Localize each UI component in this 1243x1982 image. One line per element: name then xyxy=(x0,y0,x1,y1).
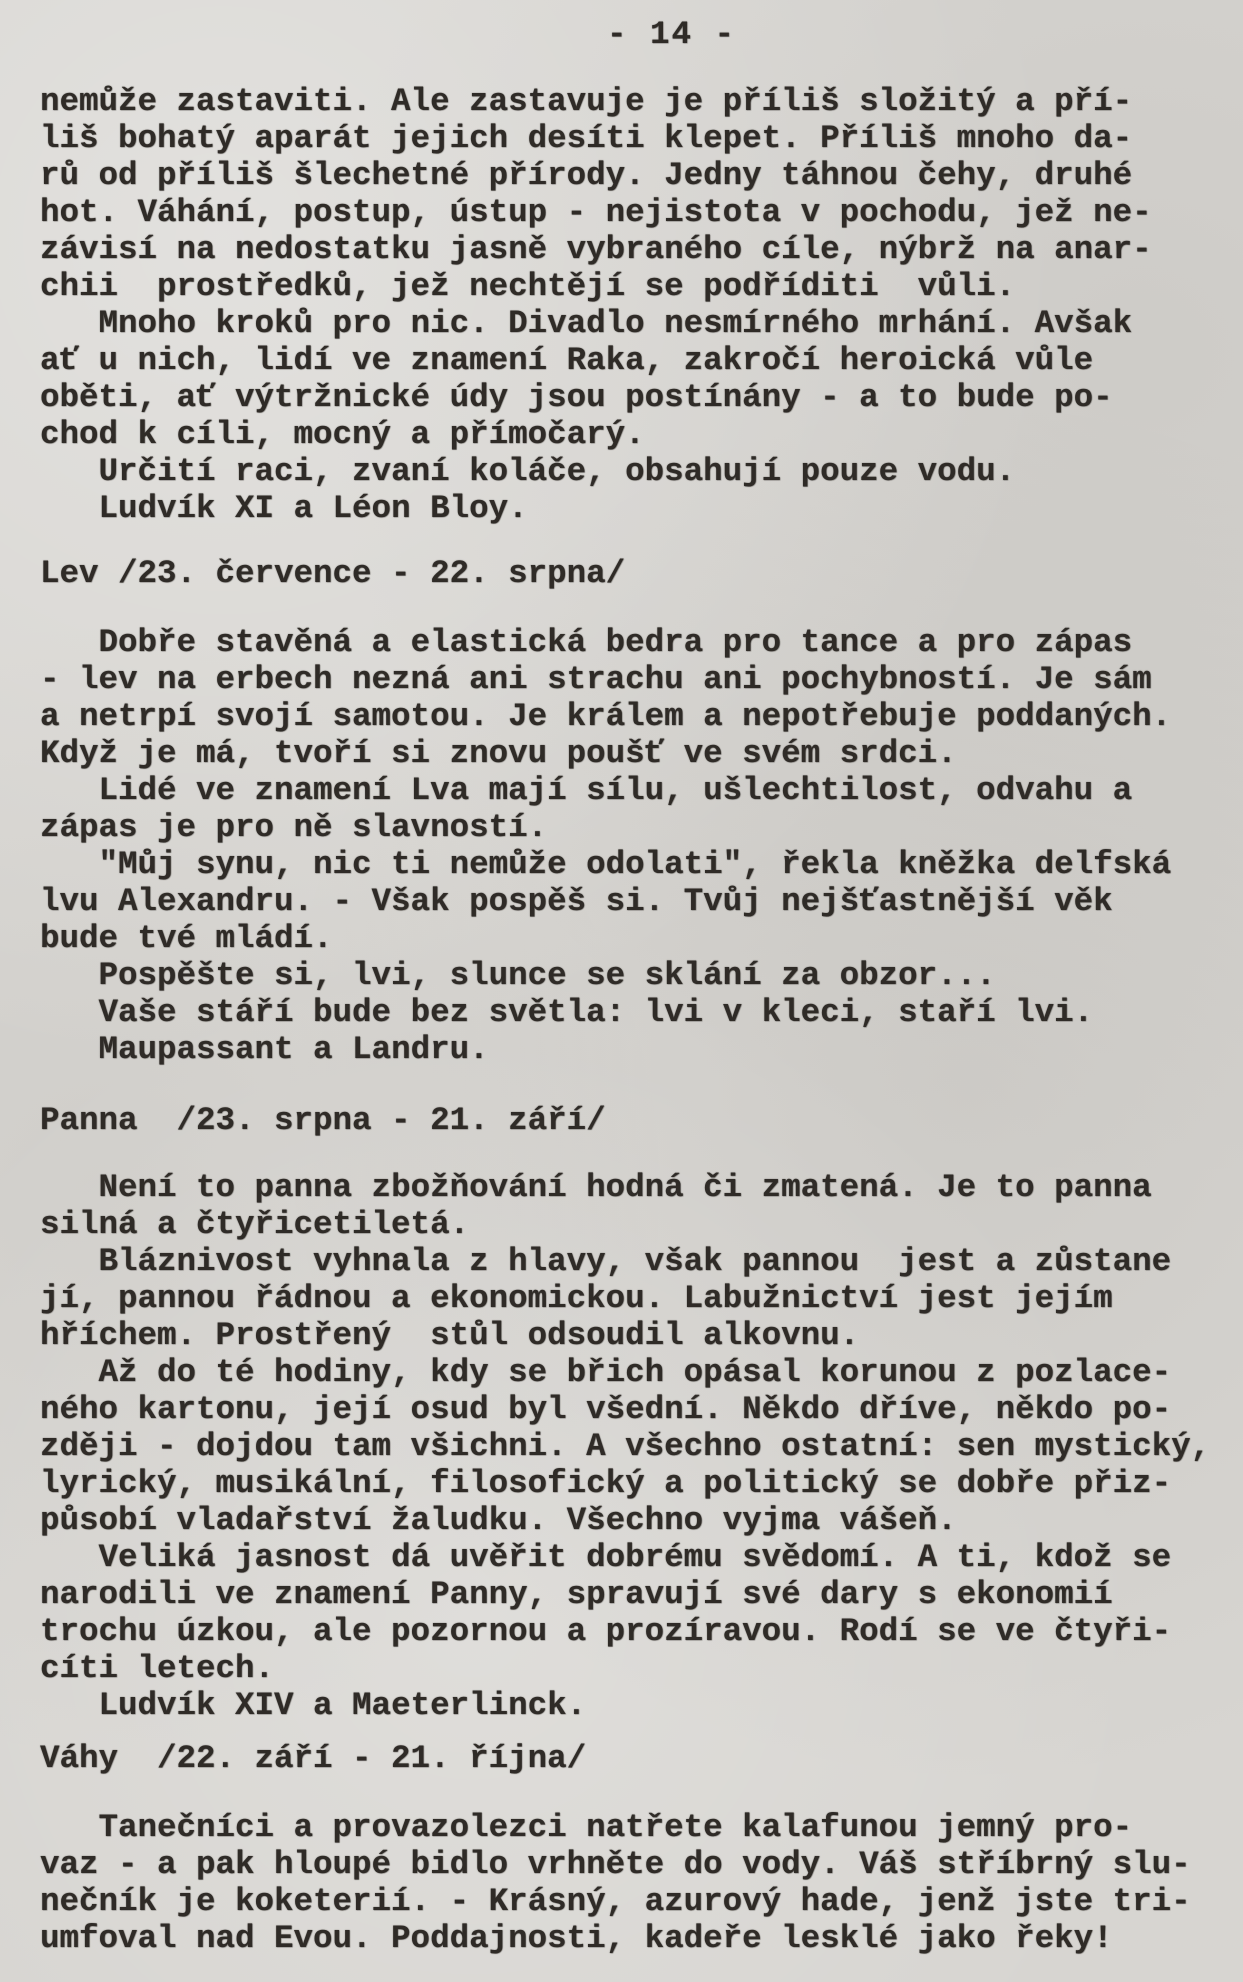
heading-leo: Lev /23. července - 22. srpna/ xyxy=(40,555,1233,592)
section-libra: Váhy /22. září - 21. října/ Tanečníci a … xyxy=(40,1740,1233,1957)
section-leo: Lev /23. července - 22. srpna/ Dobře sta… xyxy=(40,555,1233,1068)
paragraph-virgo-1: Není to panna zbožňování hodná či zmaten… xyxy=(40,1169,1233,1724)
paragraph-leo-1: Dobře stavěná a elastická bedra pro tanc… xyxy=(40,624,1233,772)
scanned-typewritten-page: - 14 - nemůže zastaviti. Ale zastavuje j… xyxy=(0,0,1243,1982)
section-cancer-end: nemůže zastaviti. Ale zastavuje je příli… xyxy=(40,83,1233,527)
heading-virgo: Panna /23. srpna - 21. září/ xyxy=(40,1102,1233,1139)
page-number: - 14 - xyxy=(40,16,1233,53)
paragraph-libra-1: Tanečníci a provazolezci natřete kalafun… xyxy=(40,1809,1233,1957)
section-virgo: Panna /23. srpna - 21. září/ Není to pan… xyxy=(40,1102,1233,1724)
paragraph-cancer-continuation-2: Mnoho kroků pro nic. Divadlo nesmírného … xyxy=(40,305,1233,527)
paragraph-leo-2: Lidé ve znamení Lva mají sílu, ušlechtil… xyxy=(40,772,1233,1068)
heading-libra: Váhy /22. září - 21. října/ xyxy=(40,1740,1233,1777)
paragraph-cancer-continuation-1: nemůže zastaviti. Ale zastavuje je příli… xyxy=(40,83,1233,305)
